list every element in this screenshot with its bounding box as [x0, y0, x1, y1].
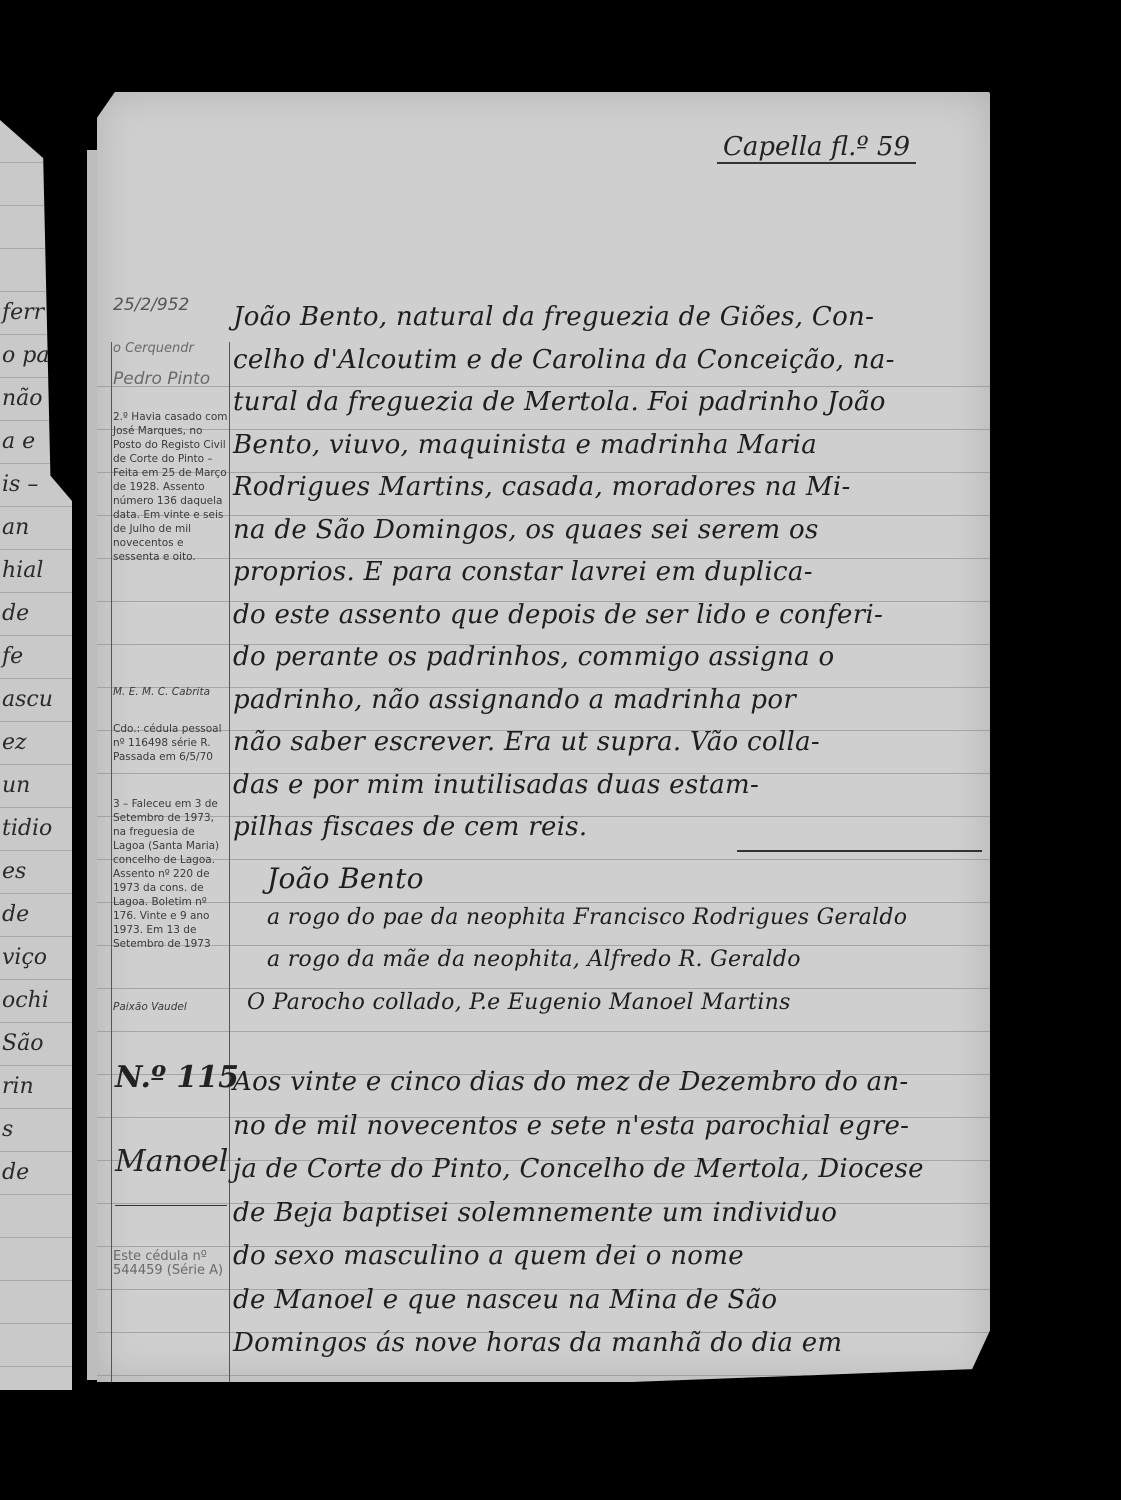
entry-number: N.º 115 [115, 1060, 239, 1095]
facing-page-fragment-text: viço [2, 945, 47, 970]
text-line: celho d'Alcoutim e de Carolina da Concei… [233, 345, 895, 375]
text-line: padrinho, não assignando a madrinha por [233, 685, 796, 715]
entry-name: Manoel [115, 1144, 228, 1179]
text-line: não saber escrever. Era ut supra. Vão co… [233, 727, 820, 757]
margin-id-note: Cdo.: cédula pessoal nº 116498 série R. … [113, 722, 229, 764]
margin-marriage-note: 2.º Havia casado com José Marques, no Po… [113, 410, 229, 564]
facing-page-fragment-text: São [2, 1031, 43, 1056]
facing-page-fragment-text: is – [2, 472, 38, 497]
facing-page-fragment-text: un [2, 773, 30, 798]
text-line: João Bento, natural da freguezia de Giõe… [233, 302, 874, 332]
facing-page-fragment-text: não [2, 386, 43, 411]
end-rule [737, 850, 982, 852]
text-line: a rogo do pae da neophita Francisco Rodr… [267, 905, 907, 930]
name-underline [115, 1205, 227, 1206]
facing-page-fragment-text: an [2, 515, 29, 540]
facing-page-fragment-text: de [2, 902, 29, 927]
text-line: do este assento que depois de ser lido e… [233, 600, 883, 630]
facing-page-fragment-text: a e [2, 429, 35, 454]
text-line: no de mil novecentos e sete n'esta paroc… [233, 1111, 909, 1141]
register-page: Capella fl.º 59 25/2/952 o Cerquendr Ped… [97, 92, 990, 1382]
facing-page-fragment-text: rin [2, 1074, 34, 1099]
text-line: ja de Corte do Pinto, Concelho de Mertol… [233, 1154, 924, 1184]
text-line: Aos vinte e cinco dias do mez de Dezembr… [233, 1067, 909, 1097]
text-line: João Bento [267, 862, 424, 895]
facing-page-fragment-text: hial [2, 558, 43, 583]
facing-page-fragment-text: fe [2, 644, 23, 669]
facing-page-fragment-text: ascu [2, 687, 53, 712]
facing-page-fragment-text: ferr [2, 300, 44, 325]
margin-signature: Paixão Vaudel [113, 1000, 229, 1014]
text-line: das e por mim inutilisadas duas estam- [233, 770, 759, 800]
text-line: pilhas fiscaes de cem reis. [233, 812, 587, 842]
margin-rule-right [229, 342, 230, 1382]
text-line: Bento, viuvo, maquinista e madrinha Mari… [233, 430, 817, 460]
text-line: de Beja baptisei solemnemente um individ… [233, 1198, 837, 1228]
facing-page-fragment-text: tidio [2, 816, 52, 841]
margin-death-note: 3 – Faleceu em 3 de Setembro de 1973, na… [113, 797, 229, 951]
margin-rule-left [111, 342, 112, 1382]
text-line: O Parocho collado, P.e Eugenio Manoel Ma… [247, 990, 791, 1015]
text-line: na de São Domingos, os quaes sei serem o… [233, 515, 819, 545]
text-line: do sexo masculino a quem dei o nome [233, 1241, 744, 1271]
margin-date: 25/2/952 [113, 298, 229, 312]
text-line: proprios. E para constar lavrei em dupli… [233, 557, 813, 587]
margin-annotation: o Cerquendr [113, 342, 229, 356]
text-line: a rogo da mãe da neophita, Alfredo R. Ge… [267, 947, 801, 972]
facing-page-fragment-text: de [2, 1160, 29, 1185]
margin-signature: M. E. M. C. Cabrita [113, 685, 229, 699]
text-line: Domingos ás nove horas da manhã do dia e… [233, 1328, 842, 1358]
folio-number: Capella fl.º 59 [717, 132, 916, 164]
facing-page-fragment-text: ez [2, 730, 27, 755]
facing-page-fragment-text: de [2, 601, 29, 626]
facing-page-fragment-text: s [2, 1117, 13, 1142]
facing-page-fragment-text: o pa [2, 343, 49, 368]
facing-page-fragment-text: ochi [2, 988, 49, 1013]
text-line: do perante os padrinhos, commigo assigna… [233, 642, 834, 672]
text-line: de Manoel e que nasceu na Mina de São [233, 1285, 777, 1315]
margin-annotation: Pedro Pinto [113, 372, 229, 386]
facing-page-fragment-text: es [2, 859, 26, 884]
text-line: tural da freguezia de Mertola. Foi padri… [233, 387, 886, 417]
margin-cedula-note: Este cédula nº 544459 (Série A) [113, 1250, 229, 1278]
text-line: Rodrigues Martins, casada, moradores na … [233, 472, 851, 502]
